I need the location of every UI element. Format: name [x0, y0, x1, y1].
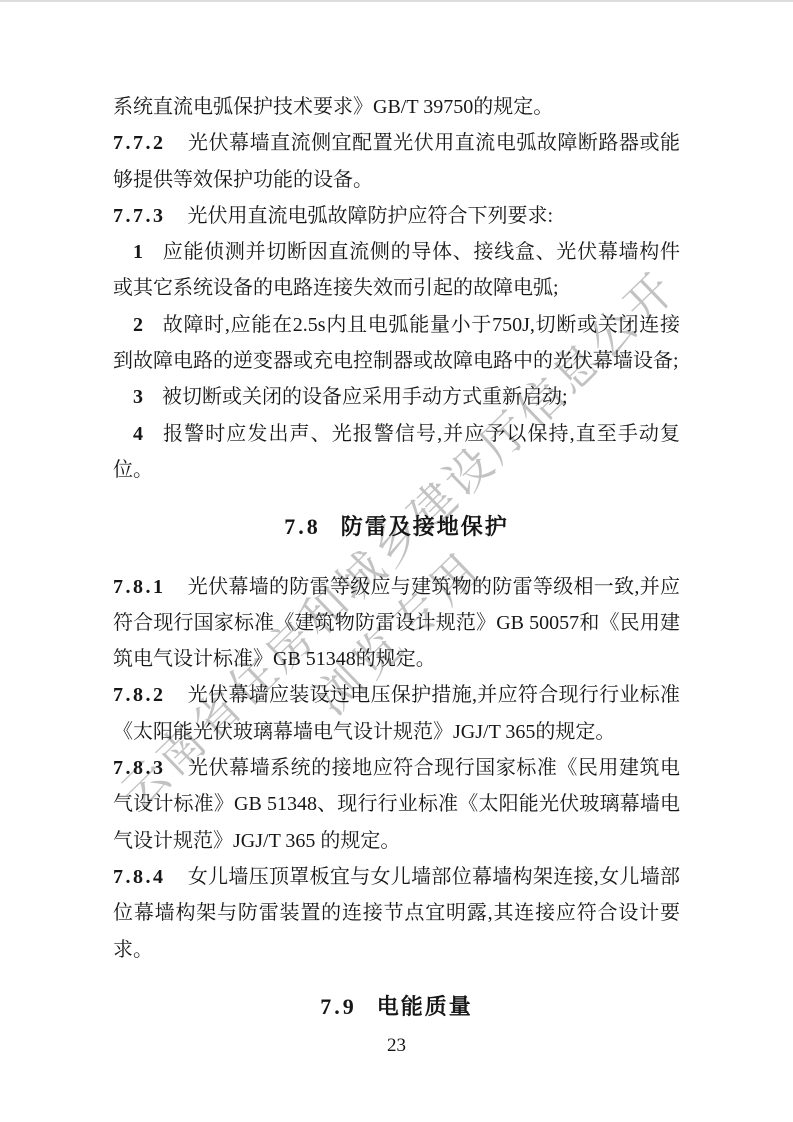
item-text: 故障时,应能在2.5s内且电弧能量小于750J,切断或关闭连接到故障电路的逆变器… — [113, 314, 680, 372]
page-content: 系统直流电弧保护技术要求》GB/T 39750的规定。 7.7.2光伏幕墙直流侧… — [113, 89, 680, 1048]
item-text: 被切断或关闭的设备应采用手动方式重新启动; — [162, 386, 568, 408]
list-item-4: 4报警时应发出声、光报警信号,并应予以保持,直至手动复位。 — [113, 416, 680, 489]
item-number: 3 — [133, 386, 143, 408]
clause-7-8-2: 7.8.2光伏幕墙应装设过电压保护措施,并应符合现行行业标准《太阳能光伏玻璃幕墙… — [113, 677, 680, 750]
clause-7-8-1: 7.8.1光伏幕墙的防雷等级应与建筑物的防雷等级相一致,并应符合现行国家标准《建… — [113, 569, 680, 678]
list-item-2: 2故障时,应能在2.5s内且电弧能量小于750J,切断或关闭连接到故障电路的逆变… — [113, 307, 680, 380]
clause-number: 7.8.3 — [113, 757, 166, 779]
section-heading-7-8: 7.8防雷及接地保护 — [113, 509, 680, 545]
section-heading-number: 7.8 — [284, 514, 321, 539]
list-item-1: 1应能侦测并切断因直流侧的导体、接线盒、光伏幕墙构件或其它系统设备的电路连接失效… — [113, 234, 680, 307]
clause-7-7-3: 7.7.3光伏用直流电弧故障防护应符合下列要求: — [113, 198, 680, 234]
item-number: 2 — [133, 314, 143, 336]
document-page: 云南省住房和城乡建设厅信息公开 浏览专用 系统直流电弧保护技术要求》GB/T 3… — [0, 0, 793, 1122]
item-number: 1 — [133, 241, 143, 263]
clause-7-8-4: 7.8.4女儿墙压顶罩板宜与女儿墙部位幕墙构架连接,女儿墙部位幕墙构架与防雷装置… — [113, 859, 680, 968]
clause-7-7-2: 7.7.2光伏幕墙直流侧宜配置光伏用直流电弧故障断路器或能够提供等效保护功能的设… — [113, 125, 680, 198]
section-heading-title: 防雷及接地保护 — [341, 514, 509, 539]
clause-number: 7.8.4 — [113, 866, 166, 888]
clause-7-8-3: 7.8.3光伏幕墙系统的接地应符合现行国家标准《民用建筑电气设计标准》GB 51… — [113, 750, 680, 859]
clause-number: 7.8.2 — [113, 684, 166, 706]
clause-number: 7.7.2 — [113, 132, 166, 154]
section-heading-title: 电能质量 — [377, 994, 473, 1019]
section-heading-7-9: 7.9电能质量 — [113, 989, 680, 1025]
clause-number: 7.7.3 — [113, 205, 166, 227]
item-number: 4 — [133, 423, 143, 445]
list-item-3: 3被切断或关闭的设备应采用手动方式重新启动; — [113, 379, 680, 415]
clause-text: 光伏用直流电弧故障防护应符合下列要求: — [188, 205, 554, 227]
clause-text: 光伏幕墙的防雷等级应与建筑物的防雷等级相一致,并应符合现行国家标准《建筑物防雷设… — [113, 576, 680, 671]
section-heading-number: 7.9 — [320, 994, 357, 1019]
item-text: 应能侦测并切断因直流侧的导体、接线盒、光伏幕墙构件或其它系统设备的电路连接失效而… — [113, 241, 680, 299]
clause-number: 7.8.1 — [113, 576, 166, 598]
clause-text: 光伏幕墙系统的接地应符合现行国家标准《民用建筑电气设计标准》GB 51348、现… — [113, 757, 680, 852]
clause-text: 光伏幕墙应装设过电压保护措施,并应符合现行行业标准《太阳能光伏玻璃幕墙电气设计规… — [113, 684, 680, 742]
clause-text: 光伏幕墙直流侧宜配置光伏用直流电弧故障断路器或能够提供等效保护功能的设备。 — [113, 132, 680, 190]
paragraph-text: 系统直流电弧保护技术要求》GB/T 39750的规定。 — [113, 96, 553, 118]
page-number: 23 — [0, 1033, 793, 1059]
item-text: 报警时应发出声、光报警信号,并应予以保持,直至手动复位。 — [113, 423, 680, 481]
clause-text: 女儿墙压顶罩板宜与女儿墙部位幕墙构架连接,女儿墙部位幕墙构架与防雷装置的连接节点… — [113, 866, 680, 961]
paragraph-continuation: 系统直流电弧保护技术要求》GB/T 39750的规定。 — [113, 89, 680, 125]
